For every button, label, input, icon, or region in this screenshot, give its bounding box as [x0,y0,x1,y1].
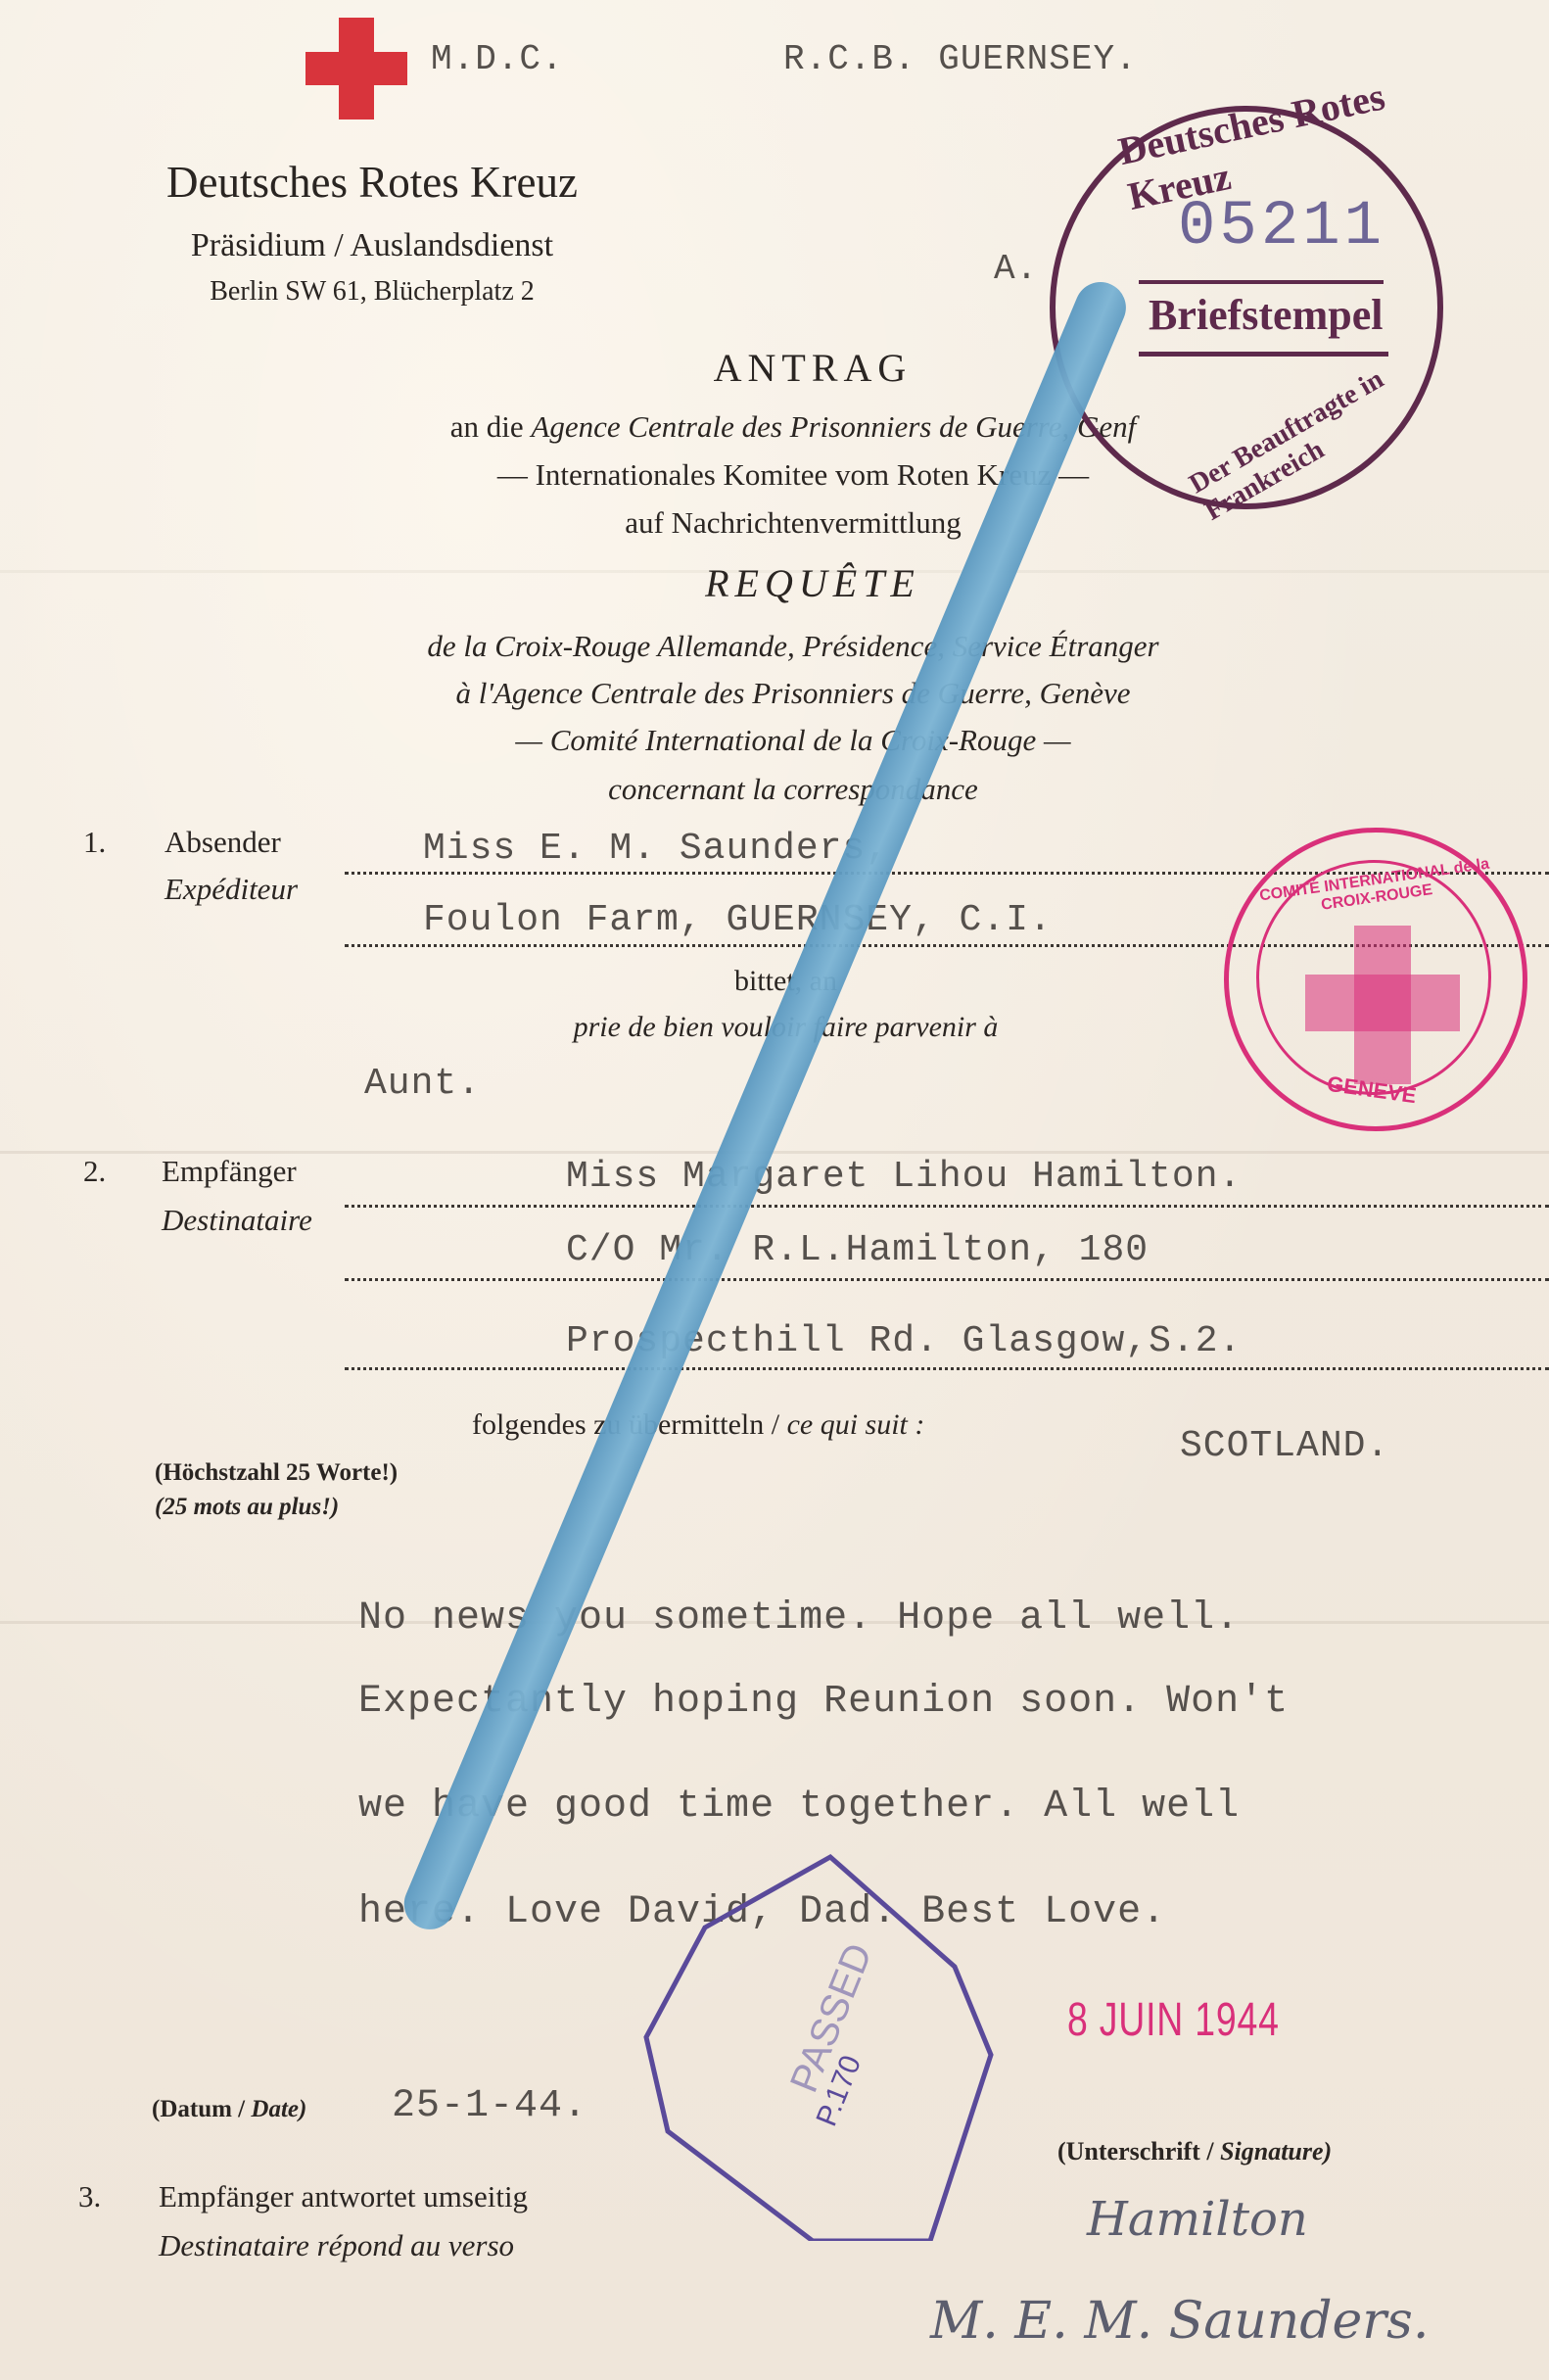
dotted-line [345,1205,1549,1208]
word-limit-fr: (25 mots au plus!) [155,1494,339,1521]
folgendes-label: folgendes zu übermitteln / ce qui suit : [472,1408,924,1442]
requete-line-2: à l'Agence Centrale des Prisonniers de G… [176,676,1410,711]
stamp-middle-text: Briefstempel [1149,290,1383,340]
requete-line-1: de la Croix-Rouge Allemande, Présidence,… [176,629,1410,664]
antrag-line-3: auf Nachrichtenvermittlung [255,505,1332,541]
section-2-number: 2. [83,1154,106,1189]
dotted-line [345,1278,1549,1281]
section-3-de: Empfänger antwortet umseitig [159,2179,528,2214]
stamp-number: 05211 [1178,192,1385,262]
typed-a: A. [994,249,1038,289]
requete-line-4: concernant la correspondance [176,772,1410,807]
org-name: Deutsches Rotes Kreuz [93,157,651,208]
recipient-name-field[interactable]: Miss Margaret Lihou Hamilton. [566,1156,1242,1198]
signature-label: (Unterschrift / Signature) [1057,2137,1332,2166]
document-page: M.D.C. R.C.B. GUERNSEY. Deutsches Rotes … [0,0,1549,2380]
section-1-number: 1. [83,825,106,860]
relationship-field[interactable]: Aunt. [364,1063,481,1105]
sender-label-de: Absender [164,825,281,860]
requete-line-3: — Comité International de la Croix-Rouge… [176,723,1410,758]
icrc-geneva-stamp: COMITÉ INTERNATIONAL de la CROIX-ROUGE G… [1224,828,1527,1131]
sender-name-field[interactable]: Miss E. M. Saunders, [423,828,889,870]
section-3-number: 3. [78,2179,101,2214]
org-department: Präsidium / Auslandsdienst [93,227,651,264]
message-line-1[interactable]: No news you sometime. Hope all well. [358,1596,1240,1641]
org-address: Berlin SW 61, Blücherplatz 2 [93,276,651,308]
censor-passed-stamp: PASSED P.170 [607,1830,1018,2241]
date-label: (Datum / Date) [152,2096,306,2123]
date-field[interactable]: 25-1-44. [392,2084,587,2128]
red-cross-icon [305,18,407,119]
dotted-line [345,1367,1549,1370]
recipient-label-fr: Destinataire [162,1203,312,1238]
sender-label-fr: Expéditeur [164,872,298,907]
antrag-heading: ANTRAG [519,345,1106,391]
received-date-stamp: 8 JUIN 1944 [1067,1993,1280,2047]
recipient-address-field-1[interactable]: C/O Mr. R.L.Hamilton, 180 [566,1229,1149,1271]
typed-mdc: M.D.C. [431,39,564,79]
signature-sender: M. E. M. Saunders. [930,2292,1429,2351]
recipient-country-field[interactable]: SCOTLAND. [1180,1425,1389,1467]
signature-censor: Hamilton [1087,2192,1308,2247]
section-3-fr: Destinataire répond au verso [159,2228,514,2263]
sender-address-field[interactable]: Foulon Farm, GUERNSEY, C.I. [423,899,1053,941]
word-limit-de: (Höchstzahl 25 Worte!) [155,1459,398,1487]
recipient-label-de: Empfänger [162,1154,297,1189]
typed-rcb-guernsey: R.C.B. GUERNSEY. [783,39,1138,79]
